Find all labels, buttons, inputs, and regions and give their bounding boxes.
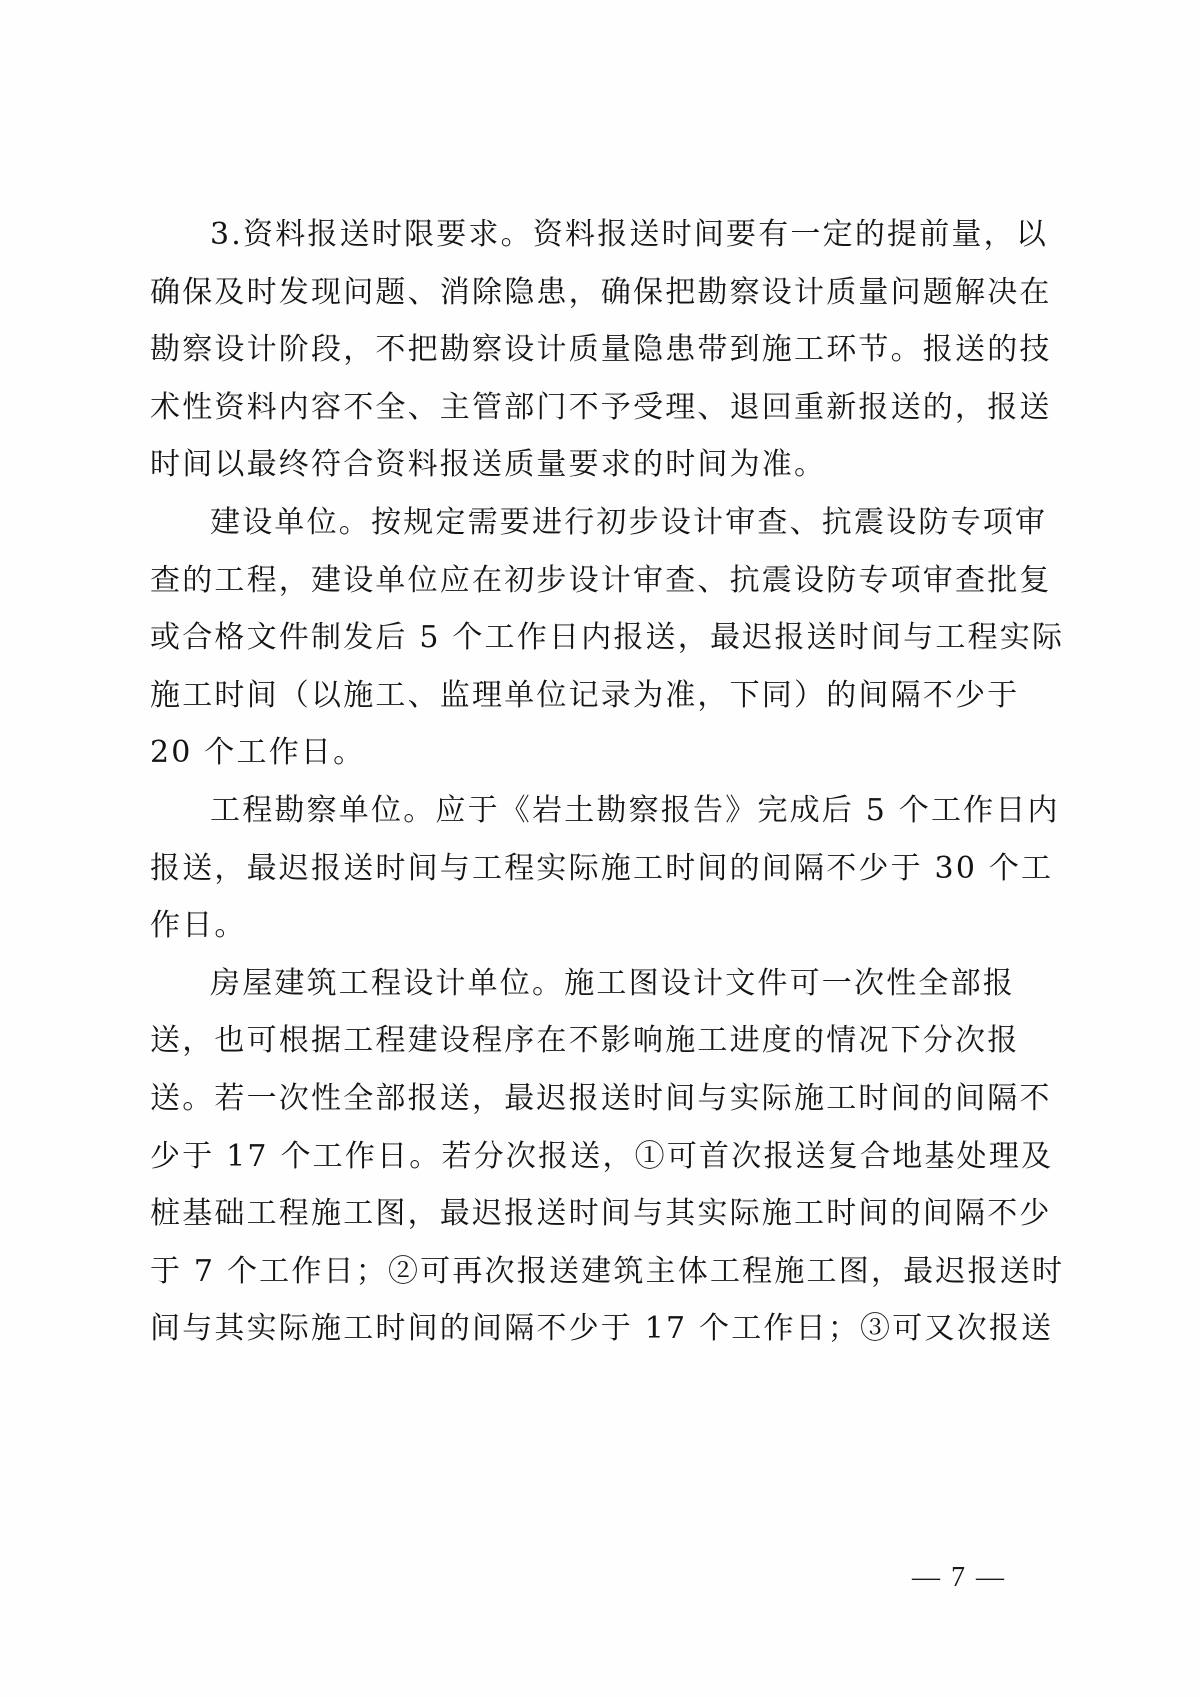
paragraph-design-unit: 房屋建筑工程设计单位。施工图设计文件可一次性全部报 送，也可根据工程建设程序在不… [150, 955, 972, 1358]
text-line: 或合格文件制发后 5 个工作日内报送，最迟报送时间与工程实际 [150, 609, 972, 667]
text-line: 建设单位。按规定需要进行初步设计审查、抗震设防专项审 [150, 494, 972, 552]
text-line: 确保及时发现问题、消除隐患，确保把勘察设计质量问题解决在 [150, 264, 972, 322]
text-line: 术性资料内容不全、主管部门不予受理、退回重新报送的，报送 [150, 379, 972, 437]
text-line: 查的工程，建设单位应在初步设计审查、抗震设防专项审查批复 [150, 552, 972, 610]
document-page: 3.资料报送时限要求。资料报送时间要有一定的提前量，以 确保及时发现问题、消除隐… [0, 0, 1200, 1697]
text-line: 3.资料报送时限要求。资料报送时间要有一定的提前量，以 [150, 206, 972, 264]
text-line: 施工时间（以施工、监理单位记录为准，下同）的间隔不少于 [150, 667, 972, 725]
text-line: 间与其实际施工时间的间隔不少于 17 个工作日；③可又次报送 [150, 1300, 972, 1358]
body-text: 3.资料报送时限要求。资料报送时间要有一定的提前量，以 确保及时发现问题、消除隐… [150, 206, 972, 1358]
paragraph-submission-time-limit: 3.资料报送时限要求。资料报送时间要有一定的提前量，以 确保及时发现问题、消除隐… [150, 206, 972, 494]
text-line: 于 7 个工作日；②可再次报送建筑主体工程施工图，最迟报送时 [150, 1243, 972, 1301]
text-line: 作日。 [150, 897, 972, 955]
text-line: 桩基础工程施工图，最迟报送时间与其实际施工时间的间隔不少 [150, 1185, 972, 1243]
text-line: 时间以最终符合资料报送质量要求的时间为准。 [150, 436, 972, 494]
text-line: 勘察设计阶段，不把勘察设计质量隐患带到施工环节。报送的技 [150, 321, 972, 379]
page-number: — 7 — [912, 1562, 1006, 1594]
text-line: 少于 17 个工作日。若分次报送，①可首次报送复合地基处理及 [150, 1128, 972, 1186]
paragraph-survey-unit: 工程勘察单位。应于《岩土勘察报告》完成后 5 个工作日内 报送，最迟报送时间与工… [150, 782, 972, 955]
text-line: 送。若一次性全部报送，最迟报送时间与实际施工时间的间隔不 [150, 1070, 972, 1128]
text-line: 20 个工作日。 [150, 724, 972, 782]
text-line: 送，也可根据工程建设程序在不影响施工进度的情况下分次报 [150, 1012, 972, 1070]
text-line: 房屋建筑工程设计单位。施工图设计文件可一次性全部报 [150, 955, 972, 1013]
paragraph-construction-unit: 建设单位。按规定需要进行初步设计审查、抗震设防专项审 查的工程，建设单位应在初步… [150, 494, 972, 782]
text-line: 报送，最迟报送时间与工程实际施工时间的间隔不少于 30 个工 [150, 840, 972, 898]
text-line: 工程勘察单位。应于《岩土勘察报告》完成后 5 个工作日内 [150, 782, 972, 840]
